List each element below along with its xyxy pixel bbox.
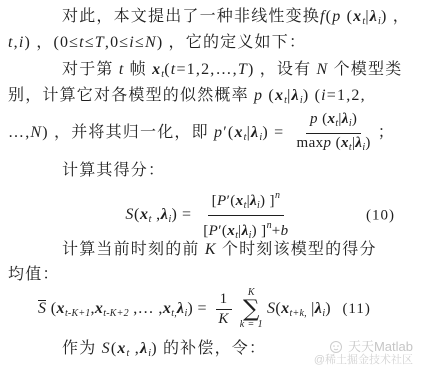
- paragraph-line-2: t,i) ，(0≤t≤T,0≤i≤N) ，它的定义如下：: [8, 32, 417, 54]
- paragraph-line-5-with-fraction: …,N) ，并将其归一化，即 p′(xt|λi) = p (xt|λi)maxp…: [8, 110, 417, 157]
- watermark-subtitle: @稀土掘金技术社区: [314, 354, 413, 367]
- paragraph-line-3: 对于第 t 帧 xt(t=1,2,…,T) ，设有 N 个模型类: [8, 59, 417, 86]
- paragraph-line-1: 对此，本文提出了一种非线性变换f(p (xt|λi) ，: [8, 6, 417, 33]
- equation-10: S(xt ,λi) = [P′(xt|λi) ]n[P′(xt|λi) ]n+b…: [8, 186, 413, 245]
- equation-11-number: (11): [342, 301, 370, 317]
- paragraph-line-8: 均值：: [8, 264, 417, 286]
- paragraph-line-6: 计算其得分：: [8, 160, 417, 182]
- equation-10-number: (10): [366, 207, 395, 224]
- equation-11: S (xt-K+1,xt-K+2 ,… ,xt,λi) = 1KK∑k = 1S…: [8, 288, 413, 330]
- equation-11-formula: S (xt-K+1,xt-K+2 ,… ,xt,λi) = 1KK∑k = 1S…: [38, 300, 331, 317]
- paper-page: 对此，本文提出了一种非线性变换f(p (xt|λi) ， t,i) ，(0≤t≤…: [0, 0, 421, 370]
- equation-10-formula: S(xt ,λi) = [P′(xt|λi) ]n[P′(xt|λi) ]n+b: [125, 206, 295, 223]
- watermark: 天天Matlab @稀土掘金技术社区: [314, 339, 413, 367]
- paragraph-line-7: 计算当前时刻的前 K 个时刻该模型的得分: [8, 239, 417, 261]
- watermark-title: 天天Matlab: [348, 339, 413, 354]
- watermark-logo-icon: [328, 340, 344, 354]
- paragraph-line-4: 别，计算它对各模型的似然概率 p (xt|λi) (i=1,2,: [8, 85, 417, 112]
